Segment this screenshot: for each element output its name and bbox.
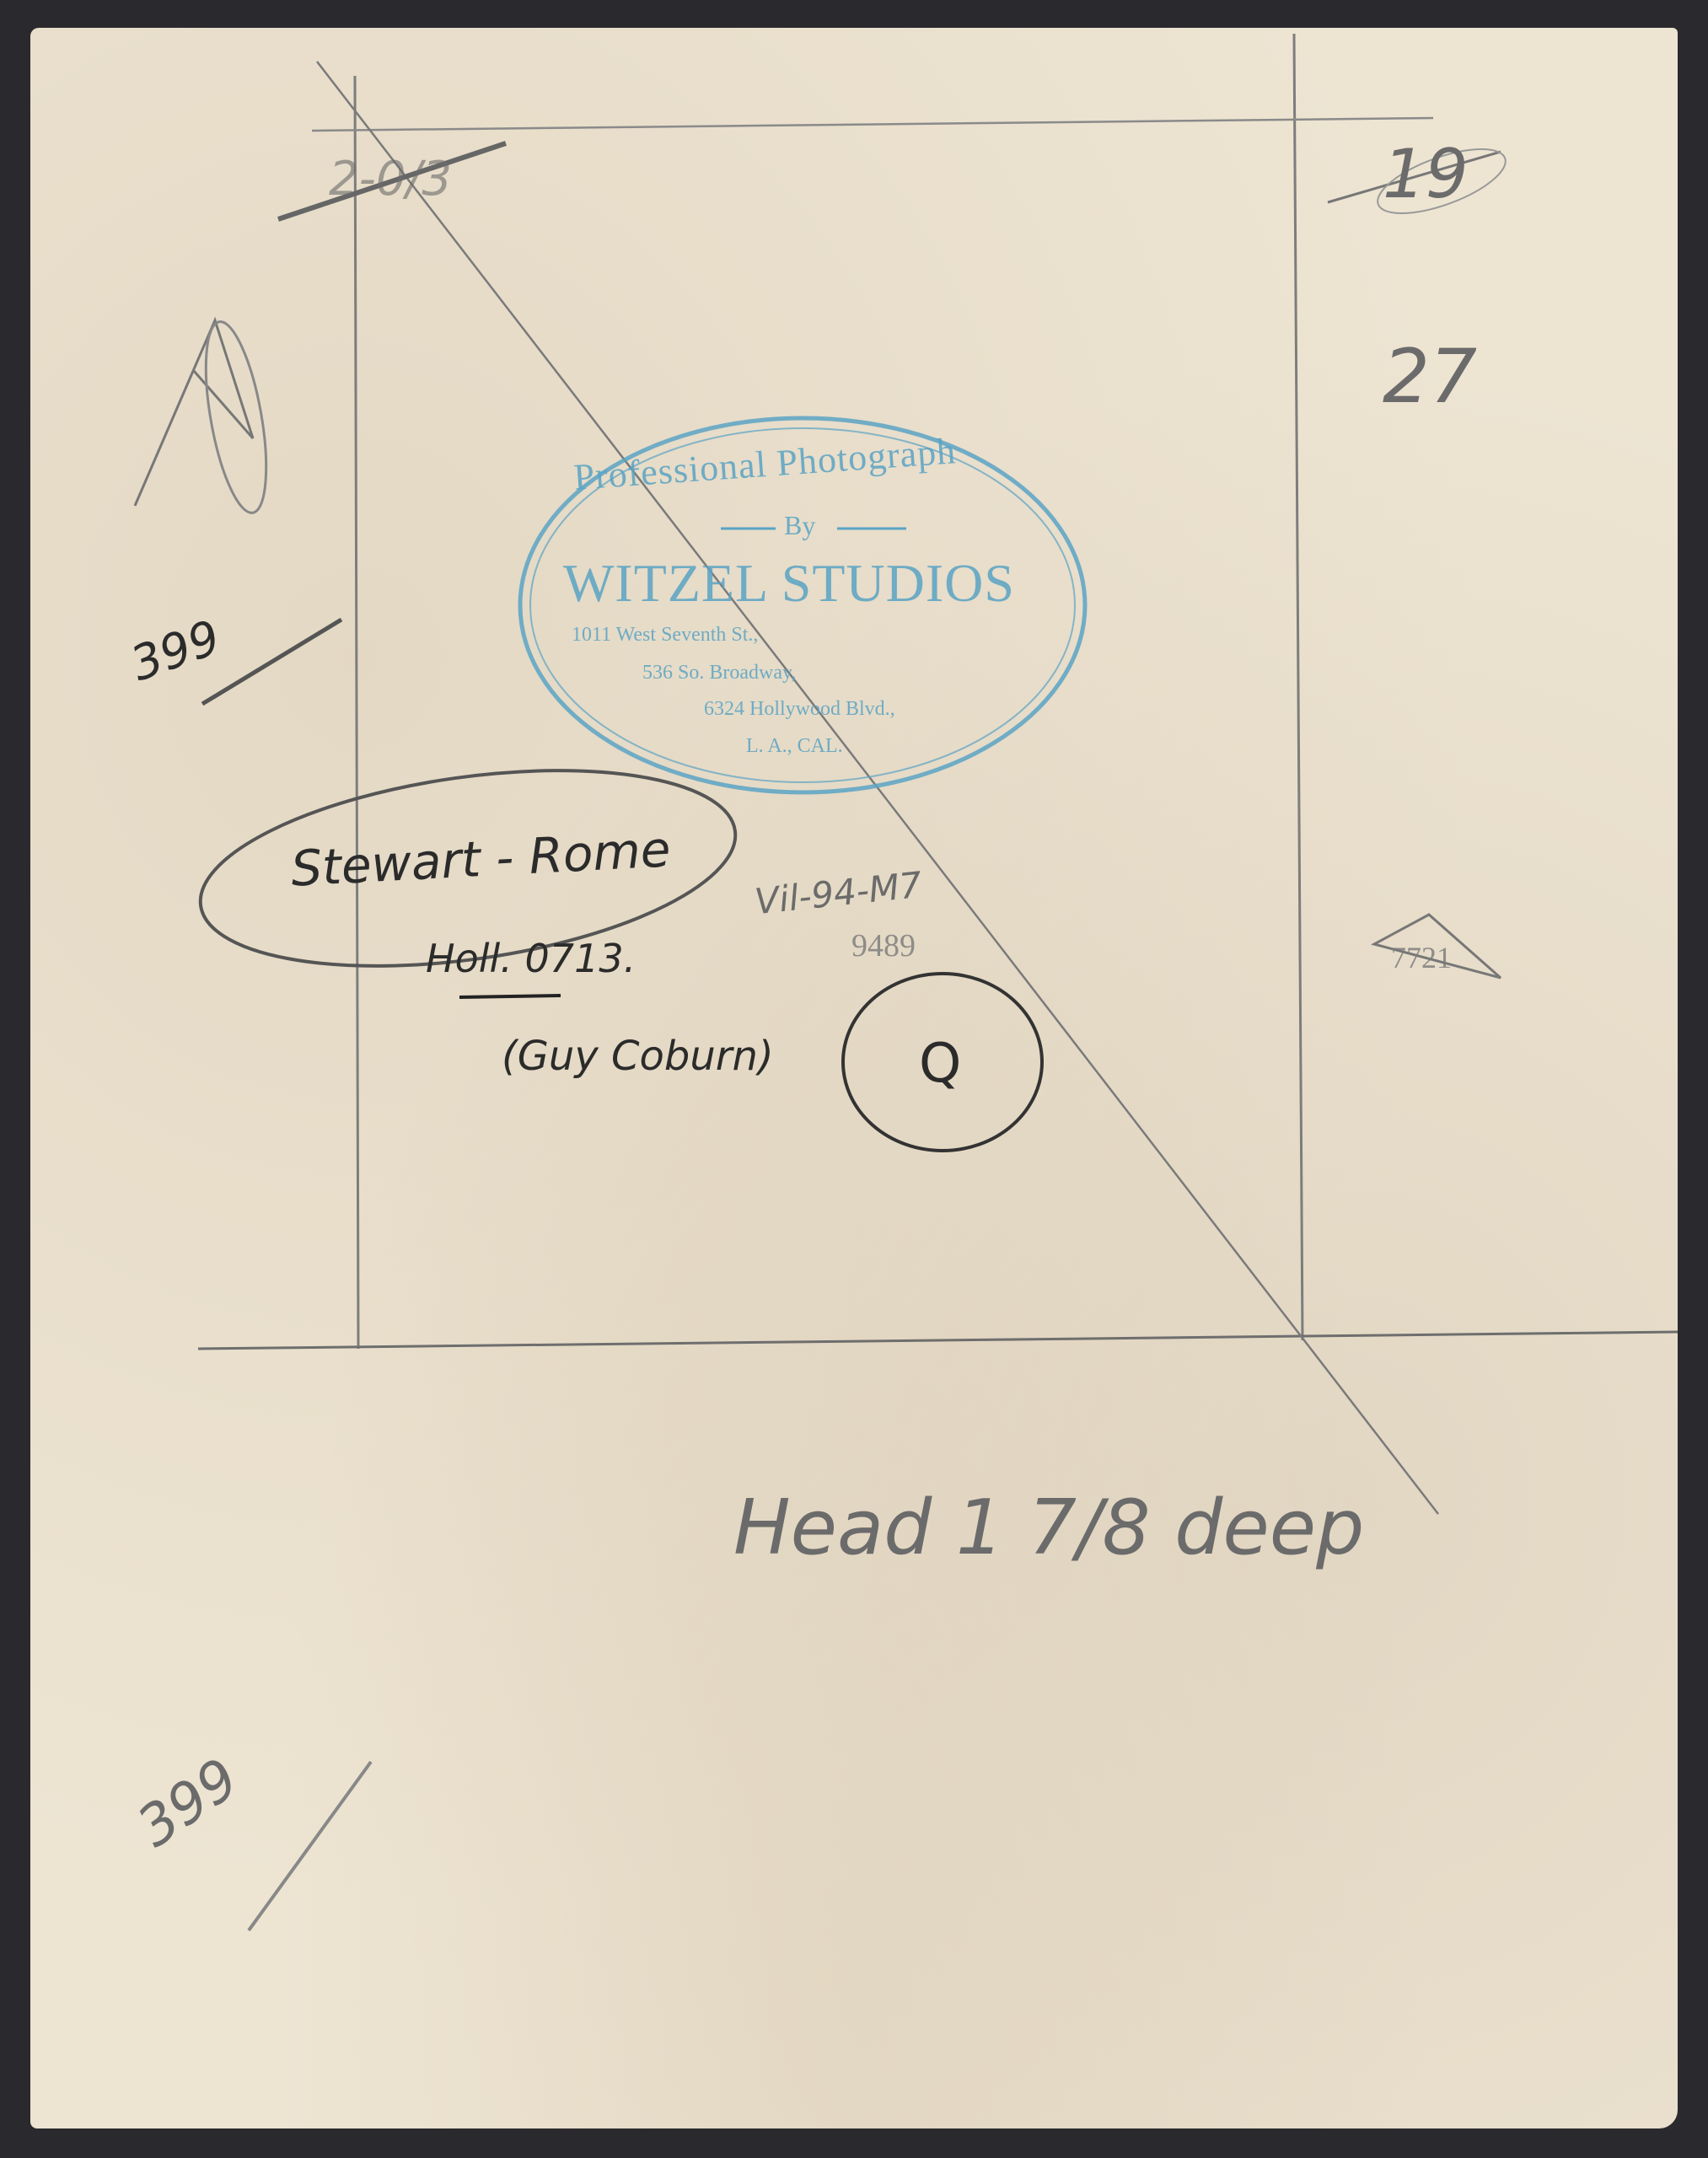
right-crossed-number: 19 bbox=[1383, 135, 1469, 213]
circled-letter: Q bbox=[919, 1033, 961, 1095]
photographer-credit: (Guy Coburn) bbox=[502, 1033, 774, 1080]
pencil-crop-marks bbox=[0, 0, 1708, 2158]
stamp-address-3: 6324 Hollywood Blvd., bbox=[704, 698, 895, 721]
right-number: 27 bbox=[1383, 333, 1477, 420]
stamp-studio-name: WITZEL STUDIOS bbox=[563, 552, 1015, 615]
top-crossed-scribble: 2-0/3 bbox=[329, 152, 452, 207]
bottom-instruction: Head 1 7/8 deep bbox=[733, 1484, 1364, 1572]
stamp-address-2: 536 So. Broadway, bbox=[642, 662, 796, 684]
reference-number: Holl. 0713. bbox=[426, 936, 636, 981]
stamped-number: 9489 bbox=[851, 927, 916, 964]
stamp-address-4: L. A., CAL. bbox=[746, 735, 843, 758]
stamp-address-1: 1011 West Seventh St., bbox=[572, 624, 758, 647]
right-stamped-number: 7721 bbox=[1391, 940, 1452, 975]
stamp-by: By bbox=[784, 510, 815, 541]
